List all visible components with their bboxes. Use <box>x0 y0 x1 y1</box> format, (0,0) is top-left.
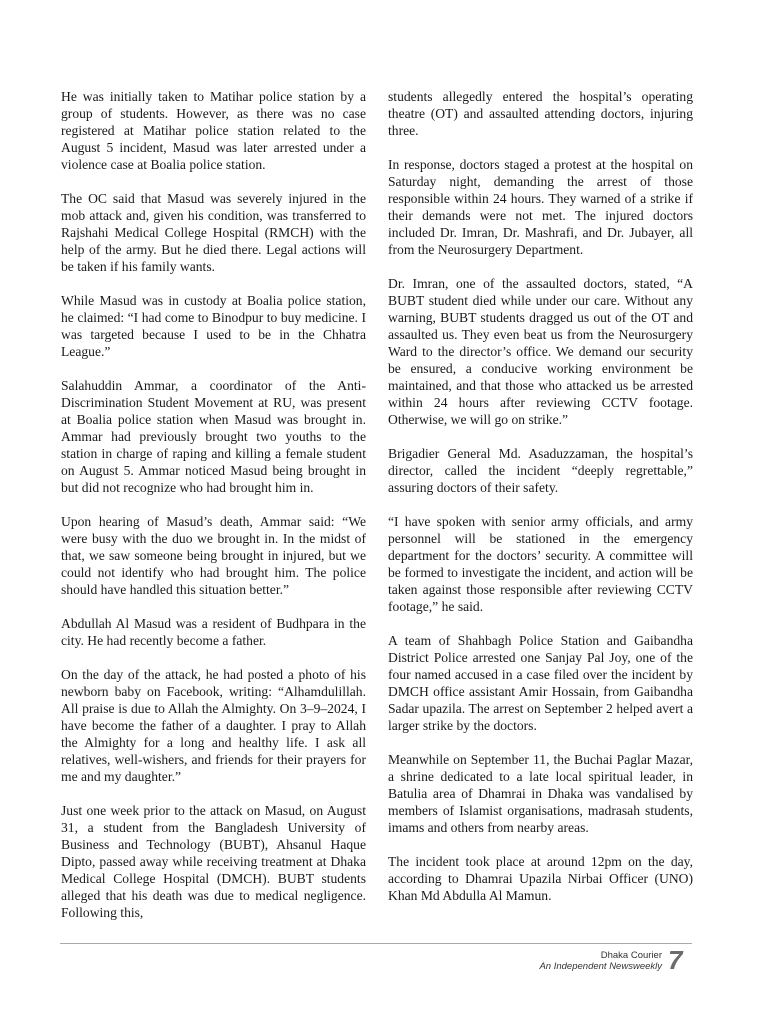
paragraph: Abdullah Al Masud was a resident of Budh… <box>61 615 366 649</box>
magazine-page: He was initially taken to Matihar police… <box>0 0 768 1027</box>
paragraph: On the day of the attack, he had posted … <box>61 666 366 785</box>
paragraph: While Masud was in custody at Boalia pol… <box>61 292 366 360</box>
publication-tagline: An Independent Newsweekly <box>480 961 662 972</box>
paragraph: The incident took place at around 12pm o… <box>388 853 693 904</box>
paragraph: Just one week prior to the attack on Mas… <box>61 802 366 921</box>
page-footer: Dhaka Courier An Independent Newsweekly <box>480 950 662 972</box>
paragraph: Brigadier General Md. Asaduzzaman, the h… <box>388 445 693 496</box>
paragraph: He was initially taken to Matihar police… <box>61 88 366 173</box>
paragraph: Dr. Imran, one of the assaulted doctors,… <box>388 275 693 428</box>
paragraph: The OC said that Masud was severely inju… <box>61 190 366 275</box>
paragraph: Salahuddin Ammar, a coordinator of the A… <box>61 377 366 496</box>
publication-name: Dhaka Courier <box>480 950 662 961</box>
paragraph: A team of Shahbagh Police Station and Ga… <box>388 632 693 734</box>
page-number: 7 <box>668 946 682 974</box>
paragraph: Meanwhile on September 11, the Buchai Pa… <box>388 751 693 836</box>
paragraph: “I have spoken with senior army official… <box>388 513 693 615</box>
paragraph: Upon hearing of Masud’s death, Ammar sai… <box>61 513 366 598</box>
article-right-column: students allegedly entered the hospital’… <box>388 88 693 921</box>
paragraph: In response, doctors staged a protest at… <box>388 156 693 258</box>
paragraph: students allegedly entered the hospital’… <box>388 88 693 139</box>
footer-divider <box>60 943 692 944</box>
article-left-column: He was initially taken to Matihar police… <box>61 88 366 938</box>
